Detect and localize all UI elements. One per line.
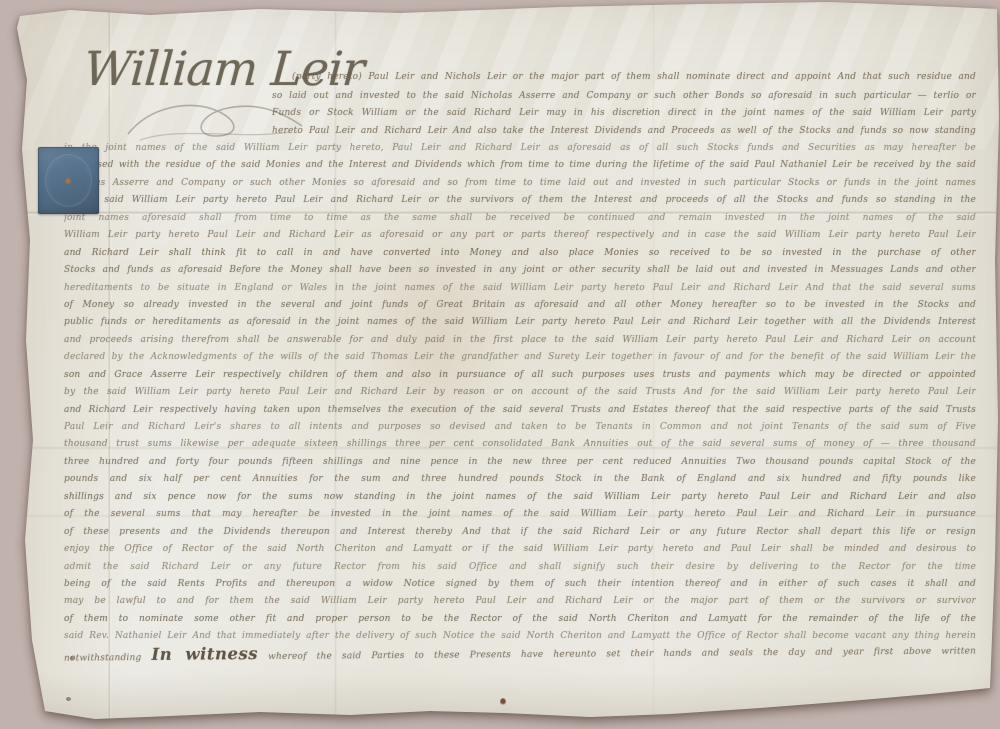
parchment-shading-left bbox=[0, 0, 130, 729]
manuscript-line: and proceeds arising therefrom shall be … bbox=[64, 332, 976, 349]
photograph-backdrop: William Leir (party hereto) Paul Leir an… bbox=[0, 0, 1000, 729]
opening-line: (party hereto) Paul Leir and Nichols Lei… bbox=[292, 69, 976, 86]
stamp-center-mark bbox=[65, 178, 71, 184]
vertical-fold-crease bbox=[108, 0, 112, 729]
manuscript-line: being of the said Rents Profits and ther… bbox=[64, 576, 976, 593]
manuscript-line: three hundred and forty four pounds fift… bbox=[64, 454, 976, 471]
manuscript-line: hereditaments to be situate in England o… bbox=[64, 280, 976, 297]
manuscript-line: enjoy the Office of Rector of the said N… bbox=[64, 541, 976, 558]
manuscript-line: may be lawful to and for them the said W… bbox=[64, 593, 976, 610]
vertical-fold-crease bbox=[652, 0, 655, 729]
manuscript-line: purchased with the residue of the said M… bbox=[64, 157, 976, 174]
body-lines: in the joint names of the said William L… bbox=[64, 140, 976, 646]
manuscript-line: William Leir party hereto Paul Leir and … bbox=[64, 227, 976, 244]
manuscript-line: Funds or Stock William or the said Richa… bbox=[272, 105, 976, 122]
vertical-fold-crease bbox=[334, 0, 337, 729]
manuscript-line: of the several sums that may hereafter b… bbox=[64, 506, 976, 523]
ink-speck bbox=[70, 656, 74, 660]
closing-post: whereof the said Parties to these Presen… bbox=[268, 646, 976, 662]
in-witness-emphasis: In witness bbox=[151, 644, 258, 664]
heading-flourish bbox=[120, 96, 310, 144]
bottom-edge-shadow bbox=[0, 672, 1000, 720]
horizontal-fold-crease bbox=[0, 514, 1000, 518]
parchment-warm-tone bbox=[60, 190, 940, 490]
manuscript-line: and Richard Leir shall think fit to call… bbox=[64, 245, 976, 262]
manuscript-line: said Rev. Nathaniel Leir And that immedi… bbox=[64, 628, 976, 645]
closing-line: notwithstanding In witness whereof the s… bbox=[64, 636, 976, 667]
document-heading: William Leir bbox=[82, 42, 366, 97]
manuscript-line: of the said William Leir party hereto Pa… bbox=[64, 192, 976, 209]
manuscript-line: hereto Paul Leir and Richard Leir And al… bbox=[272, 123, 976, 140]
closing-pre: notwithstanding bbox=[64, 653, 141, 664]
paper-hole bbox=[500, 698, 506, 706]
manuscript-line: and Richard Leir respectively having tak… bbox=[64, 402, 976, 419]
manuscript-line: pounds and six half per cent Annuities f… bbox=[64, 471, 976, 488]
parchment-surface: William Leir (party hereto) Paul Leir an… bbox=[0, 0, 1000, 729]
manuscript-line: so laid out and invested to the said Nic… bbox=[272, 88, 976, 105]
manuscript-line: public funds or hereditaments as aforesa… bbox=[64, 314, 976, 331]
horizontal-fold-crease bbox=[0, 446, 1000, 450]
manuscript-line: Stocks and funds as aforesaid Before the… bbox=[64, 262, 976, 279]
manuscript-line: thousand trust sums likewise per adequat… bbox=[64, 436, 976, 453]
manuscript-line: admit the said Richard Leir or any futur… bbox=[64, 559, 976, 576]
manuscript-line: joint names aforesaid shall from time to… bbox=[64, 210, 976, 227]
manuscript-line: of these presents and the Dividends ther… bbox=[64, 524, 976, 541]
manuscript-line: Nicholas Asserre and Company or such oth… bbox=[64, 175, 976, 192]
manuscript-line: of them to nominate some other fit and p… bbox=[64, 611, 976, 628]
ink-speck bbox=[66, 697, 71, 701]
manuscript-line: declared by the Acknowledgments of the w… bbox=[64, 349, 976, 366]
manuscript-line: of Money so already invested in the seve… bbox=[64, 297, 976, 314]
horizontal-fold-crease bbox=[0, 211, 1000, 216]
manuscript-line: by the said William Leir party hereto Pa… bbox=[64, 384, 976, 401]
blue-revenue-stamp bbox=[38, 147, 99, 214]
parchment-sheet: William Leir (party hereto) Paul Leir an… bbox=[0, 0, 1000, 729]
manuscript-line: Paul Leir and Richard Leir's shares to a… bbox=[64, 419, 976, 436]
manuscript-line: shillings and six pence now for the sums… bbox=[64, 489, 976, 506]
manuscript-line: son and Grace Asserre Leir respectively … bbox=[64, 367, 976, 384]
parchment-stain bbox=[360, 210, 510, 470]
indented-lines: so laid out and invested to the said Nic… bbox=[272, 88, 976, 140]
